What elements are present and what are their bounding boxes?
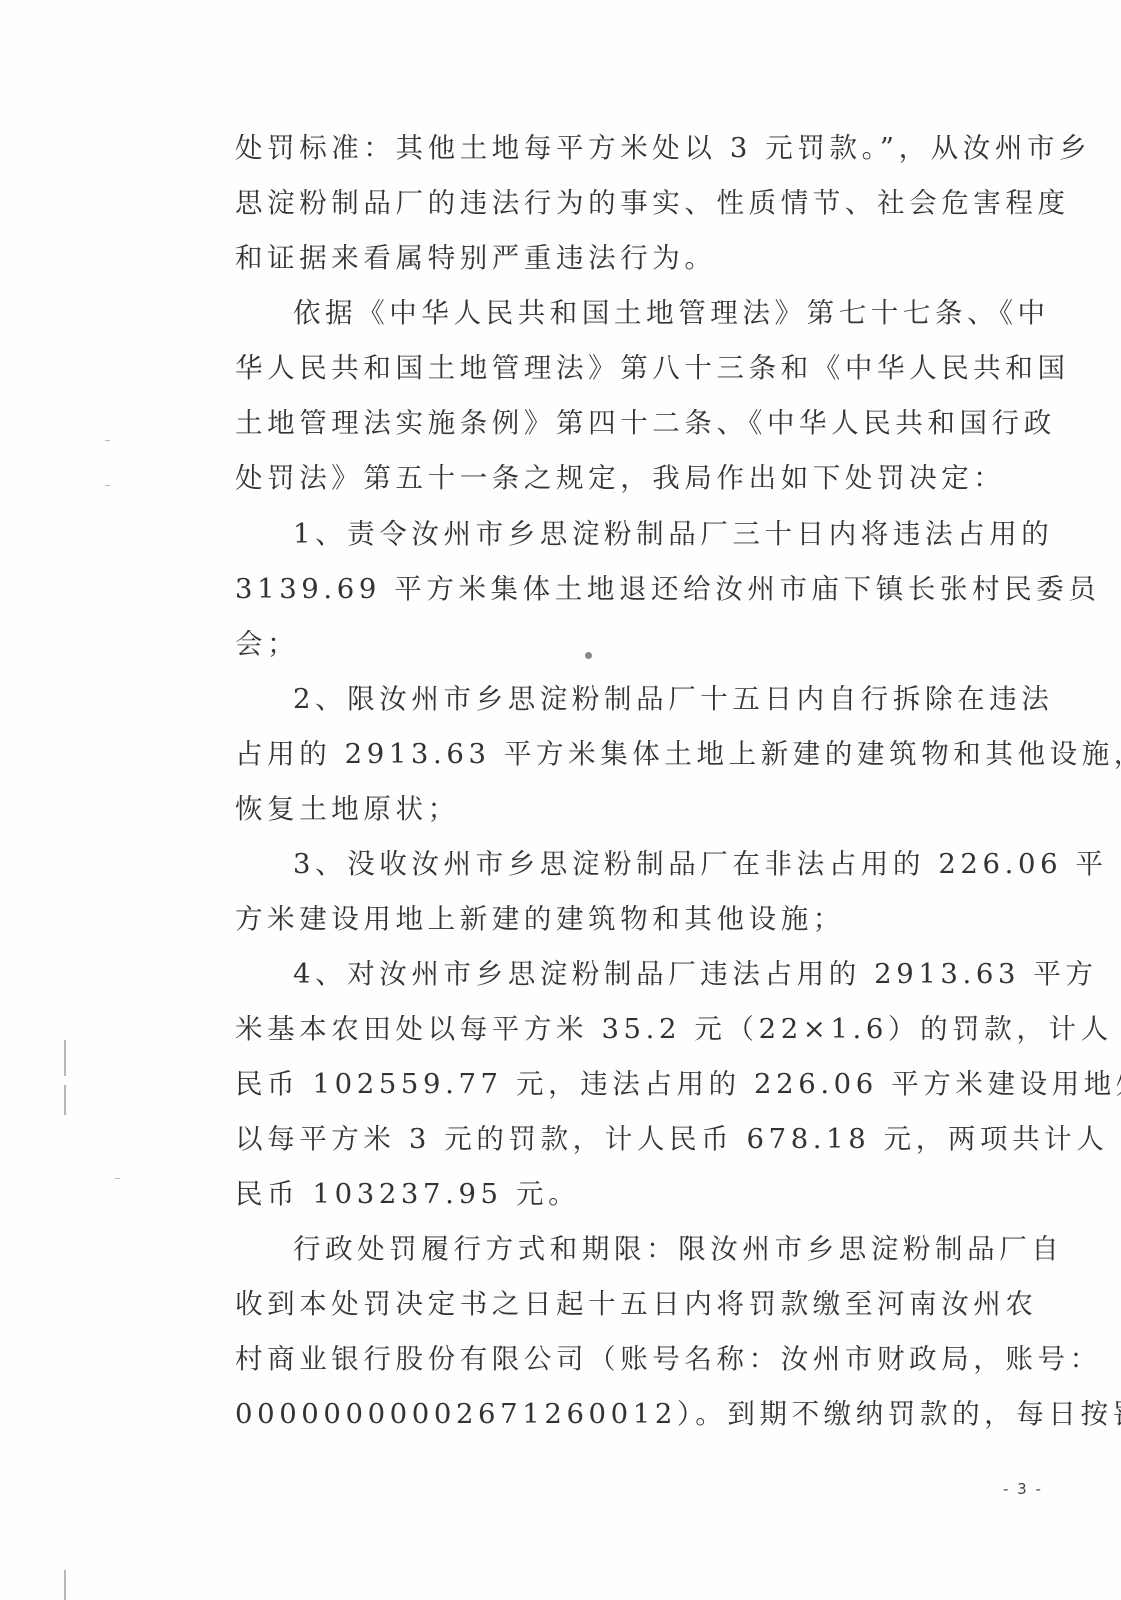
text-line: 依据《中华人民共和国土地管理法》第七十七条、《中 — [293, 293, 1093, 333]
text-line: 占用的 2913.63 平方米集体土地上新建的建筑物和其他设施， — [235, 734, 1035, 774]
text-line: 会； — [235, 624, 1035, 664]
text-line: 和证据来看属特别严重违法行为。 — [235, 238, 1035, 278]
text-line: 1、责令汝州市乡思淀粉制品厂三十日内将违法占用的 — [293, 514, 1093, 554]
scan-margin-mark — [105, 440, 110, 441]
text-line: 民币 103237.95 元。 — [235, 1174, 1035, 1214]
text-line: 土地管理法实施条例》第四十二条、《中华人民共和国行政 — [235, 403, 1035, 443]
scan-speck — [585, 652, 592, 659]
text-line: 处罚法》第五十一条之规定，我局作出如下处罚决定： — [235, 458, 1035, 498]
text-line: 处罚标准：其他土地每平方米处以 3 元罚款。”，从汝州市乡 — [235, 128, 1035, 168]
text-line: 华人民共和国土地管理法》第八十三条和《中华人民共和国 — [235, 348, 1035, 388]
text-line: 米基本农田处以每平方米 35.2 元（22×1.6）的罚款，计人 — [235, 1009, 1035, 1049]
text-line: 3139.69 平方米集体土地退还给汝州市庙下镇长张村民委员 — [235, 569, 1035, 609]
scan-margin-mark — [64, 1570, 66, 1600]
document-page: 处罚标准：其他土地每平方米处以 3 元罚款。”，从汝州市乡 思淀粉制品厂的违法行… — [0, 0, 1121, 1600]
text-line: 民币 102559.77 元，违法占用的 226.06 平方米建设用地处 — [235, 1064, 1035, 1104]
text-line: 4、对汝州市乡思淀粉制品厂违法占用的 2913.63 平方 — [293, 954, 1093, 994]
text-line: 恢复土地原状； — [235, 789, 1035, 829]
page-number: - 3 - — [1003, 1480, 1043, 1498]
text-line: 行政处罚履行方式和期限：限汝州市乡思淀粉制品厂自 — [293, 1229, 1093, 1269]
scan-margin-mark — [115, 1178, 120, 1179]
text-line: 3、没收汝州市乡思淀粉制品厂在非法占用的 226.06 平 — [293, 844, 1093, 884]
text-line: 收到本处罚决定书之日起十五日内将罚款缴至河南汝州农 — [235, 1284, 1035, 1324]
text-line: 2、限汝州市乡思淀粉制品厂十五日内自行拆除在违法 — [293, 679, 1093, 719]
text-line: 村商业银行股份有限公司（账号名称：汝州市财政局，账号： — [235, 1339, 1035, 1379]
text-line: 方米建设用地上新建的建筑物和其他设施； — [235, 899, 1035, 939]
text-line: 00000000002671260012）。到期不缴纳罚款的，每日按罚款 — [235, 1394, 1035, 1434]
text-line: 思淀粉制品厂的违法行为的事实、性质情节、社会危害程度 — [235, 183, 1035, 223]
scan-margin-mark — [64, 1085, 66, 1115]
scan-margin-mark — [105, 485, 110, 486]
scan-margin-mark — [64, 1040, 66, 1076]
text-line: 以每平方米 3 元的罚款，计人民币 678.18 元，两项共计人 — [235, 1119, 1035, 1159]
